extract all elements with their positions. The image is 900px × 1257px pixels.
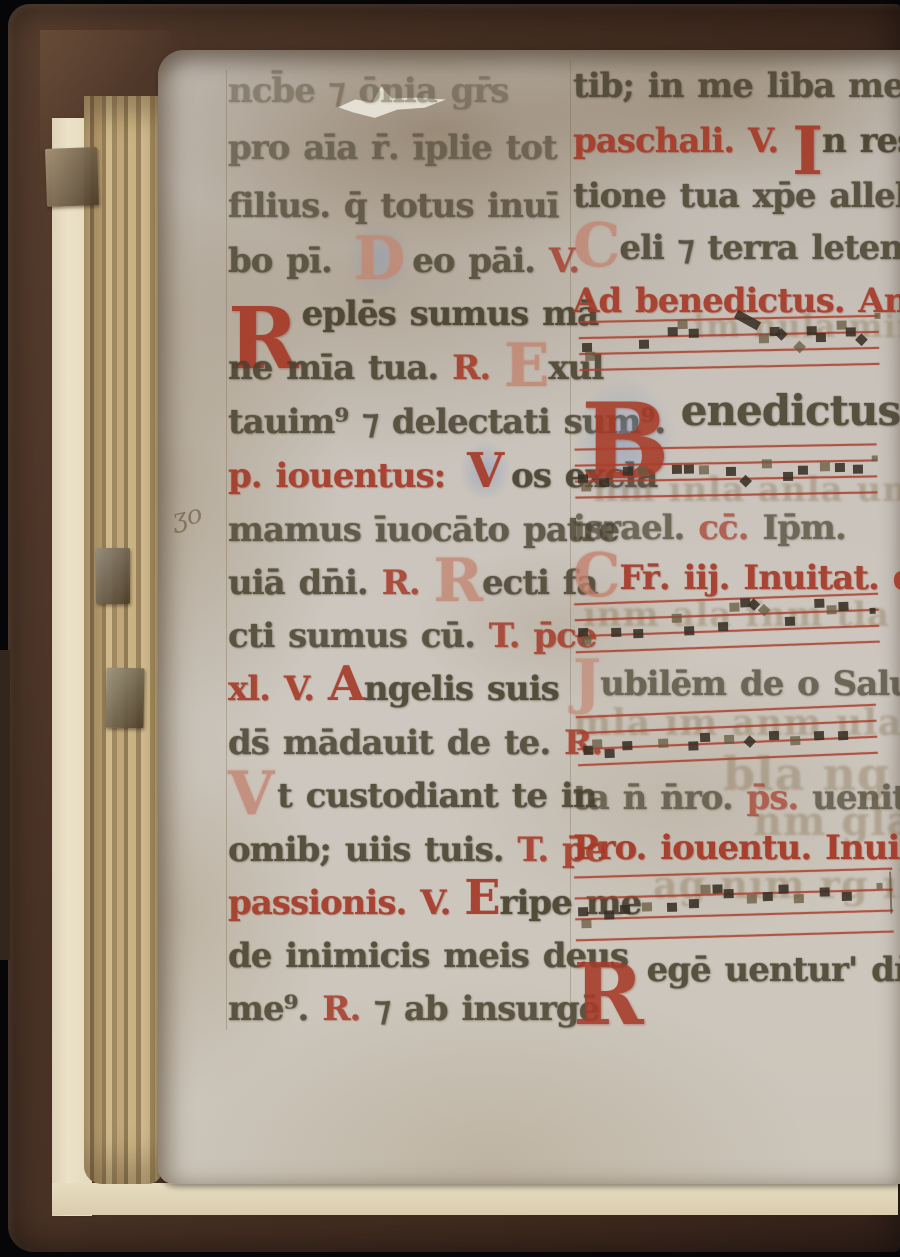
staff-line <box>579 363 879 371</box>
neume-sq <box>633 629 643 638</box>
decorated-initial: D <box>346 222 413 296</box>
staff-line <box>576 931 894 942</box>
rubric-segment: R. <box>452 348 504 388</box>
index-tab <box>96 548 130 604</box>
text-line: tib; in me liba me. T. p̄r <box>573 68 900 105</box>
neume-sq <box>724 735 734 744</box>
neume-sq <box>814 599 824 608</box>
margin-doodle: ʒo <box>169 499 205 535</box>
neume-sq <box>785 616 795 625</box>
ink-segment: tib; in me liba me. <box>573 66 900 106</box>
neume-sq <box>581 636 591 645</box>
decorated-initial: R <box>573 945 642 1045</box>
text-line: israel. cc̄. Ip̄m. <box>573 510 900 547</box>
neume-cu <box>869 608 875 614</box>
ink-segment: eo pāi. <box>412 241 549 281</box>
neume-sq <box>604 748 614 757</box>
text-line: CFr̄. iij. Inuitat. de p̄s. <box>573 560 900 597</box>
left-text-column: ncb̄e ⁊ ōnia gr̄spro aīa r̄. īplie totfi… <box>228 50 573 1184</box>
ink-segment: ngelis suis <box>364 669 559 709</box>
neume-cu <box>872 455 878 461</box>
neume-sq <box>578 907 588 916</box>
neume-sq <box>582 342 592 351</box>
text-line: xl. V. Angelis suis <box>228 671 573 708</box>
ink-segment: ds̄ mādauit de te. <box>228 723 564 763</box>
ink-segment: de inimicis meis deus <box>228 936 628 976</box>
decorated-initial: R <box>434 546 482 616</box>
rubric-segment: passionis. V. <box>228 883 464 923</box>
text-line: ne mīa tua. R. Exul <box>228 350 573 387</box>
ink-segment: egē uentur' dn̄m. rx̄ <box>647 950 900 990</box>
ink-segment: tione tua xp̄e allel'. <box>573 176 900 216</box>
neume-sq <box>842 892 852 901</box>
text-line: ds̄ mādauit de te. R. <box>228 725 573 762</box>
neume-sq <box>582 919 592 928</box>
ink-segment: bo pī. <box>228 241 346 281</box>
parchment-page: ʒo ncb̄e ⁊ ōnia gr̄spro aīa r̄. īplie to… <box>158 50 900 1184</box>
staff-line <box>575 475 877 482</box>
neume-sq <box>672 614 682 623</box>
neume-sq <box>794 894 804 903</box>
neume-sq <box>638 467 648 476</box>
neume-sq <box>623 467 633 476</box>
neume-bar <box>889 872 892 914</box>
neume-sq <box>667 327 677 336</box>
right-text-column: tib; in me liba me. T. p̄rpaschali. V. I… <box>573 50 900 1184</box>
ink-segment: n resurrec <box>822 121 900 161</box>
text-line: Celi ⁊ terra letent'. all'a <box>573 230 900 267</box>
text-line: pro aīa r̄. īplie tot <box>228 130 573 167</box>
staff-line <box>576 641 880 654</box>
music-staff <box>574 868 894 943</box>
neume-di <box>855 333 868 346</box>
neume-sq <box>688 742 698 751</box>
rubric-segment: Fr̄. iij. Inuitat. de p̄s. <box>619 558 900 598</box>
music-staff <box>575 443 878 500</box>
text-line: omib; uiis tuis. T. p̄e <box>228 832 573 869</box>
neume-sq <box>718 622 728 631</box>
staff-line <box>579 331 879 339</box>
music-staff <box>578 315 879 373</box>
text-line: tione tua xp̄e allel'. R. <box>573 178 900 215</box>
neume-sq <box>642 902 652 911</box>
neume-sq <box>688 328 698 337</box>
neume-sq <box>814 731 824 740</box>
manuscript-photo: ʒo ncb̄e ⁊ ōnia gr̄spro aīa r̄. īplie to… <box>0 0 900 1257</box>
rubric-segment: R. <box>322 989 374 1029</box>
neume-sq <box>835 463 845 472</box>
neume-cu <box>877 883 883 889</box>
ink-segment: me⁹. <box>228 989 322 1029</box>
decorated-initial: V <box>228 759 272 829</box>
neume-sq <box>658 739 668 748</box>
neume-sq <box>612 628 622 637</box>
neume-sq <box>759 334 769 343</box>
text-line: passionis. V. Eripe me <box>228 885 573 922</box>
text-line: uiā dn̄i. R. Recti fa <box>228 565 573 602</box>
text-line: tauim⁹ ⁊ delectati sum⁹. <box>228 404 573 441</box>
neume-sq <box>746 895 756 904</box>
neume-sq <box>639 340 649 349</box>
neume-sq <box>581 483 591 492</box>
ink-segment: ubilēm de o Salu <box>600 664 900 704</box>
text-line: ncb̄e ⁊ ōnia gr̄s <box>228 73 573 110</box>
text-line: de inimicis meis deus <box>228 938 573 975</box>
neume-sq <box>827 605 837 614</box>
ink-segment: uiā dn̄i. <box>228 563 382 603</box>
index-tab <box>105 668 144 729</box>
neume-sq <box>778 884 788 893</box>
neume-di <box>793 341 806 354</box>
parchment-leaf-edges <box>84 96 162 1184</box>
ruling-line-left <box>226 70 227 1030</box>
rubric-segment: p. iouentus: <box>228 456 459 496</box>
text-line: me⁹. R. ⁊ ab insurgē <box>228 991 573 1028</box>
decorated-initial: E <box>504 331 548 401</box>
text-line: Vt custodiant te in <box>228 778 573 815</box>
neume-sq <box>700 884 710 893</box>
neume-sq <box>790 736 800 745</box>
neume-sq <box>839 602 849 611</box>
neume-sq <box>685 626 695 635</box>
ink-segment: enedictus deus <box>681 386 900 435</box>
neume-sq <box>689 899 699 908</box>
text-line: p. iouentus: Vos excla <box>228 458 573 495</box>
text-line: Jubilēm de o Salu <box>573 666 900 703</box>
rubric-segment: xl. V. <box>228 669 328 709</box>
neume-cu <box>874 313 880 319</box>
neume-sq <box>713 884 723 893</box>
neume-sq <box>819 887 829 896</box>
ink-segment: filius. q̄ totus inuī <box>228 186 559 226</box>
neume-sq <box>726 467 736 476</box>
neume-sq <box>846 327 856 336</box>
neume-sq <box>816 333 826 342</box>
ink-segment: ncb̄e ⁊ ōnia gr̄s <box>228 71 508 111</box>
staff-line <box>577 720 877 735</box>
music-staff <box>574 593 880 656</box>
text-line: bo pī. Deo pāi. V. <box>228 243 573 280</box>
index-tab <box>45 147 99 207</box>
neume-sq <box>667 902 677 911</box>
neume-sq <box>672 465 682 474</box>
neume-sq <box>783 472 793 481</box>
ink-segment: omib; uiis tuis. <box>228 830 517 870</box>
neume-sq <box>684 465 694 474</box>
neume-sq <box>585 352 595 361</box>
neume-sq <box>700 732 710 741</box>
ink-segment: pro aīa r̄. īplie tot <box>228 128 557 168</box>
neume-sq <box>729 602 739 611</box>
neume-sq <box>724 889 734 898</box>
neume-di <box>743 735 756 748</box>
ink-segment: ne mīa tua. <box>228 348 452 388</box>
neume-sq <box>592 739 602 748</box>
ink-segment: t custodiant te in <box>277 776 596 816</box>
flyleaf-edge-bottom <box>52 1183 898 1215</box>
rubric-segment: cc̄. <box>698 508 762 548</box>
text-line: Benedictus deus <box>573 388 900 441</box>
neume-sq <box>762 460 772 469</box>
decorated-initial: C <box>573 211 619 281</box>
ink-segment: Ip̄m. <box>762 508 846 548</box>
neume-sq <box>619 905 629 914</box>
ink-segment: ⁊ ab insurgē <box>374 989 599 1029</box>
decorated-initial: A <box>328 656 364 712</box>
ink-segment: mamus īuocāto patre <box>228 510 619 550</box>
rubric-segment: paschali. V. <box>573 121 792 161</box>
neume-sq <box>677 320 687 329</box>
neume-sq <box>853 464 863 473</box>
ink-segment: cti sumus cū. <box>228 616 489 656</box>
decorated-initial: E <box>464 870 499 926</box>
staff-line <box>579 347 879 355</box>
decorated-initial: V <box>459 441 511 501</box>
neume-sq <box>819 463 829 472</box>
text-line: cti sumus cū. T. p̄ce <box>228 618 573 655</box>
neume-sq <box>604 910 614 919</box>
text-line: filius. q̄ totus inuī <box>228 188 573 225</box>
text-line: paschali. V. In resurrec <box>573 123 900 160</box>
text-line: Regē uentur' dn̄m. rx̄ <box>573 952 900 995</box>
neume-sq <box>699 465 709 474</box>
staff-line <box>575 459 877 466</box>
text-line: mamus īuocāto patre <box>228 512 573 549</box>
ink-segment: eli ⁊ terra letent'. all'a <box>619 228 900 268</box>
clasp-remnant <box>0 650 10 960</box>
rubric-segment: R. <box>382 563 434 603</box>
neume-sq <box>798 465 808 474</box>
neume-sq <box>762 892 772 901</box>
neume-sq <box>599 478 609 487</box>
ink-segment: eplēs sumus mā <box>302 294 598 334</box>
neume-sq <box>769 731 779 740</box>
neume-sq <box>838 731 848 740</box>
neume-sq <box>622 741 632 750</box>
ink-segment: ta n̄ n̄ro. <box>573 778 747 818</box>
